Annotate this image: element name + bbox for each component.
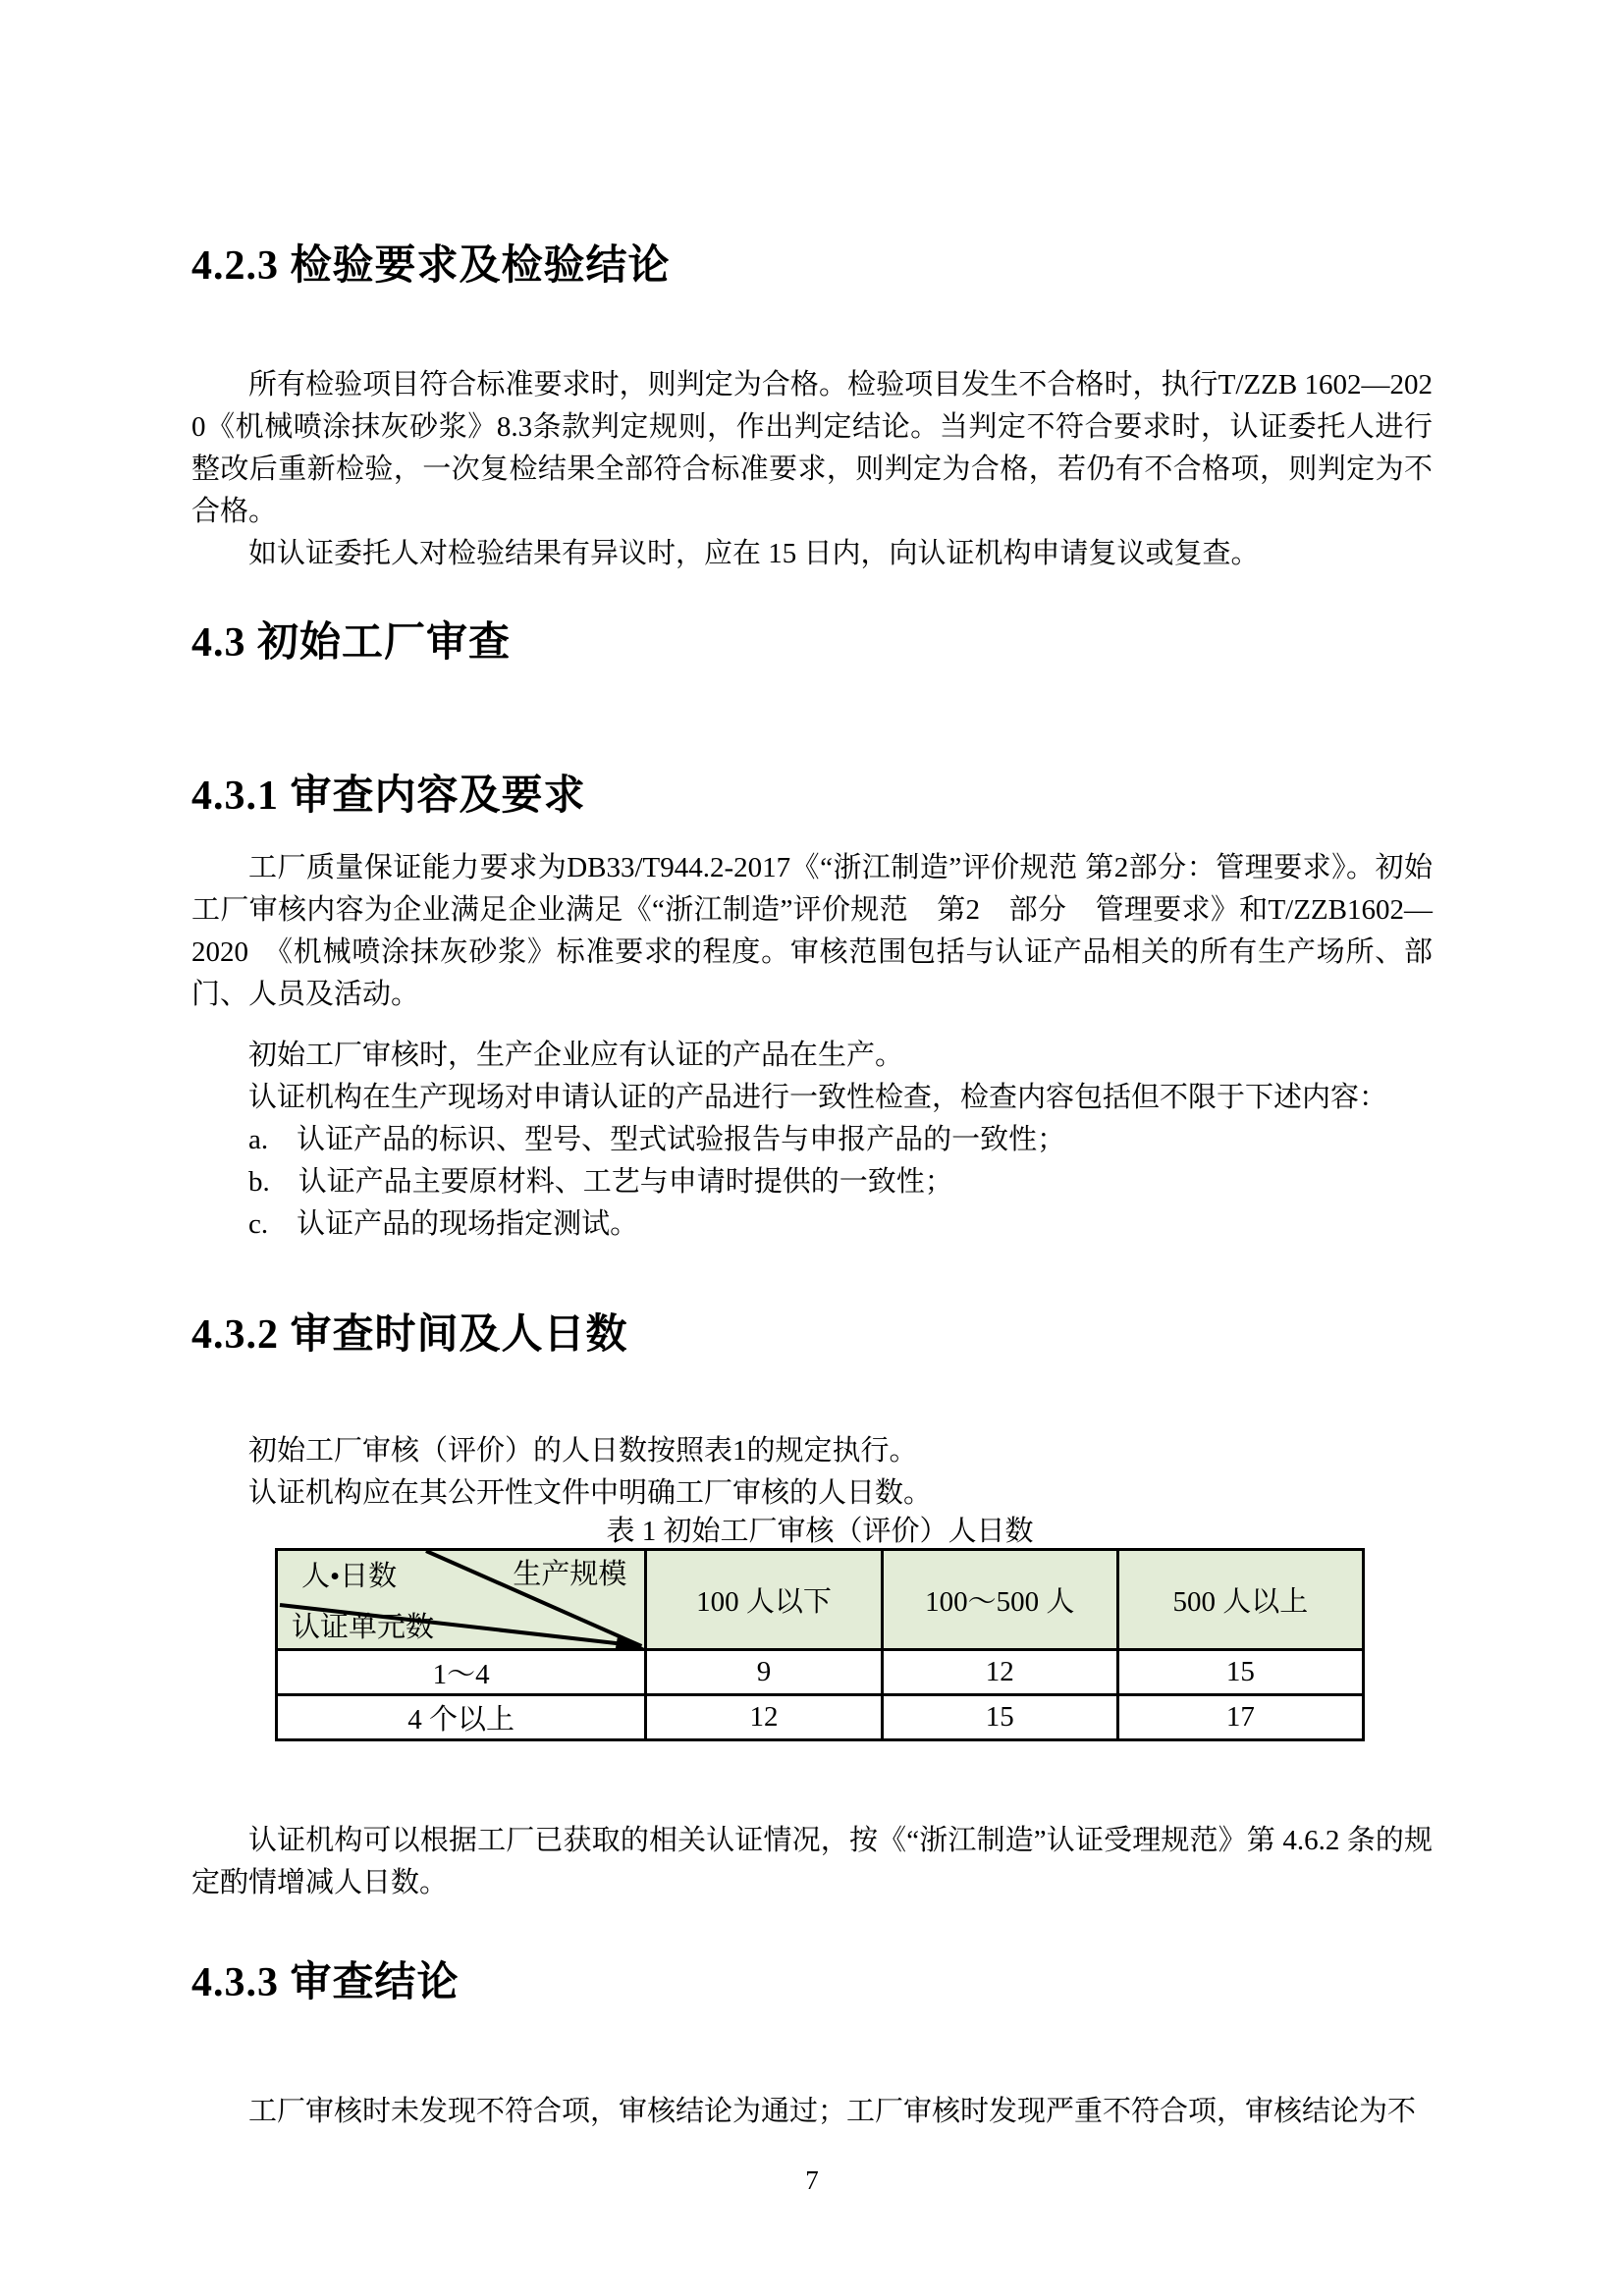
table-row: 1～4 9 12 15 bbox=[277, 1650, 1364, 1695]
list-item-b: b. 认证产品主要原材料、工艺与申请时提供的一致性； bbox=[191, 1161, 1433, 1203]
diag-label-cert-units: 认证单元数 bbox=[292, 1612, 434, 1643]
paragraph-adjust-mandays: 认证机构可以根据工厂已获取的相关认证情况，按《“浙江制造”认证受理规范》第 4.… bbox=[191, 1820, 1433, 1904]
heading-4-3-3: 4.3.3 审查结论 bbox=[191, 1958, 1433, 2007]
mandays-table: 人•日数 生产规模 认证单元数 100 人以下 100～500 人 500 人以… bbox=[275, 1548, 1365, 1741]
paragraph-objection: 如认证委托人对检验结果有异议时，应在 15 日内，向认证机构申请复议或复查。 bbox=[191, 533, 1433, 575]
column-header-over-500: 500 人以上 bbox=[1117, 1550, 1363, 1650]
cell-value: 17 bbox=[1117, 1695, 1363, 1740]
cell-value: 12 bbox=[882, 1650, 1117, 1695]
table-block: 表 1 初始工厂审核（评价）人日数 人•日数 bbox=[275, 1515, 1365, 1741]
heading-4-3: 4.3 初始工厂审查 bbox=[191, 618, 1433, 667]
row-label-over-4: 4 个以上 bbox=[277, 1695, 646, 1740]
heading-4-3-1: 4.3.1 审查内容及要求 bbox=[191, 772, 1433, 821]
cell-value: 15 bbox=[882, 1695, 1117, 1740]
heading-4-3-2: 4.3.2 审查时间及人日数 bbox=[191, 1310, 1433, 1360]
cell-value: 12 bbox=[646, 1695, 882, 1740]
paragraph-mandays-rule: 初始工厂审核（评价）的人日数按照表1的规定执行。 bbox=[191, 1430, 1433, 1472]
table-caption: 表 1 初始工厂审核（评价）人日数 bbox=[275, 1515, 1365, 1548]
diagonal-header-cell: 人•日数 生产规模 认证单元数 bbox=[277, 1550, 646, 1650]
table-header-row: 人•日数 生产规模 认证单元数 100 人以下 100～500 人 500 人以… bbox=[277, 1550, 1364, 1650]
heading-4-2-3: 4.2.3 检验要求及检验结论 bbox=[191, 241, 1433, 291]
diag-label-mandays: 人•日数 bbox=[301, 1561, 397, 1592]
column-header-under-100: 100 人以下 bbox=[646, 1550, 882, 1650]
cell-value: 15 bbox=[1117, 1650, 1363, 1695]
row-label-1-4: 1～4 bbox=[277, 1650, 646, 1695]
paragraph-inspection-judgement: 所有检验项目符合标准要求时，则判定为合格。检验项目发生不合格时，执行T/ZZB … bbox=[191, 364, 1433, 533]
document-page: 4.2.3 检验要求及检验结论 所有检验项目符合标准要求时，则判定为合格。检验项… bbox=[0, 0, 1624, 2296]
list-item-a: a. 认证产品的标识、型号、型式试验报告与申报产品的一致性； bbox=[191, 1119, 1433, 1161]
arrowhead-icon bbox=[615, 1635, 644, 1648]
cell-value: 9 bbox=[646, 1650, 882, 1695]
paragraph-consistency-intro: 认证机构在生产现场对申请认证的产品进行一致性检查，检查内容包括但不限于下述内容： bbox=[191, 1077, 1433, 1119]
list-item-c: c. 认证产品的现场指定测试。 bbox=[191, 1203, 1433, 1246]
paragraph-factory-requirement: 工厂质量保证能力要求为DB33/T944.2-2017《“浙江制造”评价规范 第… bbox=[191, 847, 1433, 1016]
paragraph-audit-conclusion: 工厂审核时未发现不符合项，审核结论为通过；工厂审核时发现严重不符合项，审核结论为… bbox=[191, 2091, 1433, 2133]
paragraph-product-in-production: 初始工厂审核时，生产企业应有认证的产品在生产。 bbox=[191, 1035, 1433, 1077]
paragraph-public-doc: 认证机构应在其公开性文件中明确工厂审核的人日数。 bbox=[191, 1472, 1433, 1515]
table-row: 4 个以上 12 15 17 bbox=[277, 1695, 1364, 1740]
diag-label-production-scale: 生产规模 bbox=[513, 1559, 626, 1590]
column-header-100-500: 100～500 人 bbox=[882, 1550, 1117, 1650]
page-number: 7 bbox=[191, 2161, 1433, 2200]
